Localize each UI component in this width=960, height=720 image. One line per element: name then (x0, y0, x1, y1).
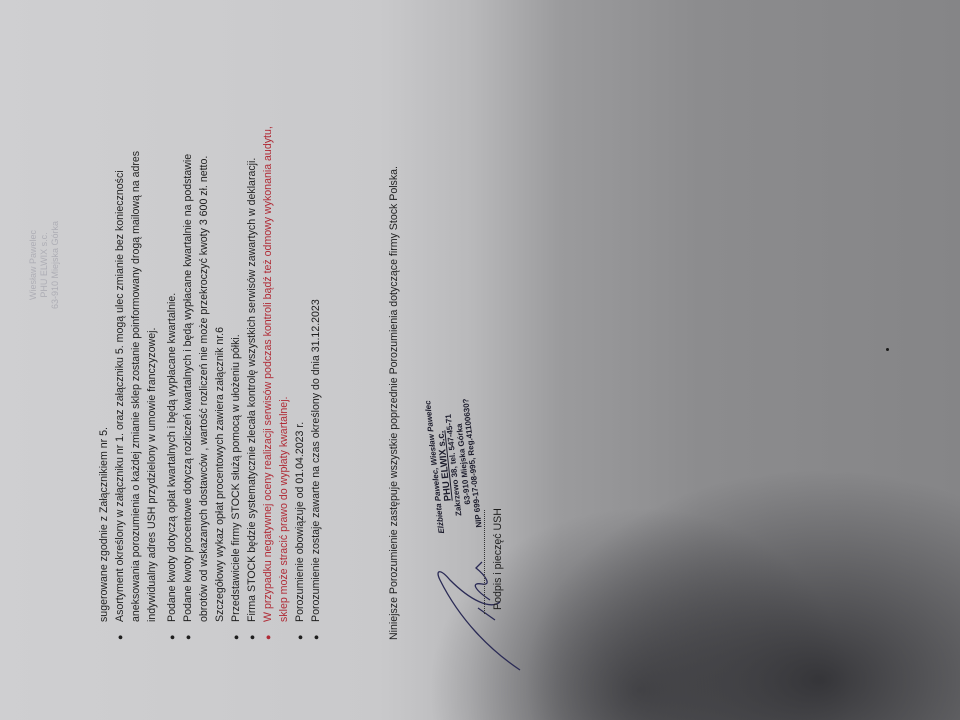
signature-block: Elżbieta Pawelec, Wiesław Pawelec PHU EL… (430, 320, 540, 680)
list-item: ●Firma STOCK będzie systematycznie zleca… (244, 120, 260, 640)
list-item: Szczegółowy wykaz opłat procentowych zaw… (212, 120, 228, 640)
bullet-icon: ● (244, 635, 260, 640)
bullet-icon: ● (308, 635, 324, 640)
bullet-icon: ● (228, 635, 244, 640)
intro-line: sugerowane zgodnie z Załącznikiem nr 5. (96, 427, 112, 622)
list-item: ●Podane kwoty procentowe dotyczą rozlicz… (180, 120, 212, 640)
list-item: ●Asortyment określony w załączniku nr 1.… (112, 120, 160, 640)
list-item: ●Podane kwoty dotyczą opłat kwartalnych … (164, 120, 180, 640)
bullet-icon: ● (180, 635, 196, 640)
list-item: ●Przedstawiciele firmy STOCK służą pomoc… (228, 120, 244, 640)
terms-list: ●Asortyment określony w załączniku nr 1.… (112, 120, 324, 640)
bullet-icon: ● (292, 635, 308, 640)
list-item: ●Porozumienie obowiązuje od 01.04.2023 r… (292, 120, 308, 640)
signature-line (484, 510, 485, 614)
document-page: Wiesław Pawelec PHU ELWIX s.c. 63-910 Mi… (0, 0, 560, 720)
signature-label: Podpis i pieczęć USH (490, 508, 506, 610)
bullet-icon: ● (164, 635, 180, 640)
faded-stamp-bleedthrough: Wiesław Pawelec PHU ELWIX s.c. 63-910 Mi… (28, 190, 61, 340)
bullet-icon: ● (260, 635, 276, 640)
closing-statement: Niniejsze Porozumienie zastępuje wszystk… (386, 80, 402, 640)
list-item: ●Porozumienie zostaje zawarte na czas ok… (308, 120, 324, 640)
list-item-highlighted: ●W przypadku negatywnej oceny realizacji… (260, 120, 292, 640)
bullet-icon: ● (112, 635, 128, 640)
dust-speck (886, 348, 889, 351)
